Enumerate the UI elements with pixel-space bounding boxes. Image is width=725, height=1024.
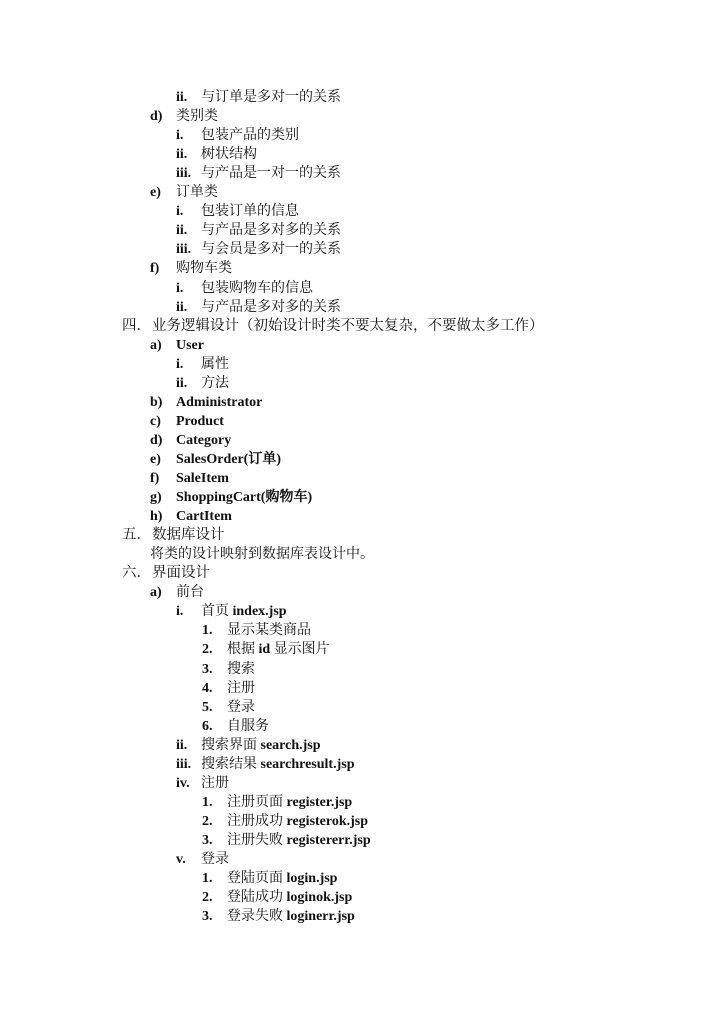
list-text: SalesOrder(订单)	[176, 450, 281, 469]
list-text: 属性	[201, 355, 229, 374]
item-text: 购物车类	[176, 261, 232, 276]
item-text: Administrator	[176, 395, 262, 410]
list-text: 树状结构	[201, 145, 257, 164]
item-text: 界面设计	[152, 565, 210, 581]
list-text: ShoppingCart(购物车)	[176, 488, 312, 507]
list-marker: 4.	[202, 679, 213, 698]
item-text: ShoppingCart(购物车)	[176, 490, 312, 505]
list-text: 登录	[201, 850, 229, 869]
list-text: 搜索	[227, 660, 255, 679]
list-marker: 3.	[202, 660, 213, 679]
item-text: 属性	[201, 357, 229, 372]
list-text: 数据库设计	[152, 526, 225, 545]
list-marker: i.	[176, 279, 183, 298]
list-marker: 1.	[202, 793, 213, 812]
list-text: 登录失败 loginerr.jsp	[227, 907, 355, 926]
item-text-after: 显示图片	[270, 642, 330, 657]
file-name: registerok.jsp	[287, 814, 369, 829]
list-text: Product	[176, 412, 224, 431]
list-marker: 6.	[202, 717, 213, 736]
list-marker: i.	[176, 602, 183, 621]
list-text: Category	[176, 431, 231, 450]
list-text: 注册成功 registerok.jsp	[227, 812, 368, 831]
list-marker: 六．	[122, 564, 151, 583]
list-marker: g)	[150, 488, 162, 507]
list-marker: ii.	[176, 298, 187, 317]
item-text: 登录	[201, 852, 229, 867]
list-text: 登录	[227, 698, 255, 717]
item-text: SalesOrder(订单)	[176, 452, 281, 467]
list-marker: iv.	[176, 774, 190, 793]
list-text: 注册页面 register.jsp	[227, 793, 352, 812]
list-marker: v.	[176, 850, 186, 869]
list-marker: d)	[150, 107, 162, 126]
file-name: index.jsp	[233, 604, 287, 619]
item-text: 注册	[201, 776, 229, 791]
list-text: 搜索界面 search.jsp	[201, 736, 321, 755]
item-text: Category	[176, 433, 231, 448]
list-marker: h)	[150, 507, 162, 526]
item-text: 登录	[227, 700, 255, 715]
list-text: 包装产品的类别	[201, 126, 299, 145]
list-marker: ii.	[176, 88, 187, 107]
list-marker: d)	[150, 431, 162, 450]
list-text: 前台	[176, 583, 204, 602]
file-name: search.jsp	[261, 738, 321, 753]
list-text: 界面设计	[152, 564, 210, 583]
list-marker: 5.	[202, 698, 213, 717]
list-marker: i.	[176, 126, 183, 145]
list-marker: e)	[150, 183, 161, 202]
item-text: 自服务	[227, 719, 269, 734]
item-text: 注册失败	[227, 833, 287, 848]
item-text: 包装产品的类别	[201, 128, 299, 143]
item-text: 包装订单的信息	[201, 204, 299, 219]
list-marker: i.	[176, 355, 183, 374]
list-text: 与产品是一对一的关系	[201, 164, 341, 183]
list-text: 根据 id 显示图片	[227, 640, 330, 659]
list-marker: iii.	[176, 240, 191, 259]
list-marker: 2.	[202, 888, 213, 907]
list-marker: a)	[150, 583, 162, 602]
item-text: 搜索结果	[201, 757, 261, 772]
item-text: 注册	[227, 681, 255, 696]
item-text: 与产品是多对多的关系	[201, 300, 341, 315]
list-text: 购物车类	[176, 259, 232, 278]
list-marker: 3.	[202, 831, 213, 850]
item-text: 根据	[227, 642, 259, 657]
list-marker: ii.	[176, 374, 187, 393]
list-text: CartItem	[176, 507, 232, 526]
item-text: SaleItem	[176, 471, 229, 486]
list-text: Administrator	[176, 393, 262, 412]
item-text: 方法	[201, 376, 229, 391]
item-text: Product	[176, 414, 224, 429]
item-text: 与产品是一对一的关系	[201, 166, 341, 181]
item-text: User	[176, 338, 204, 353]
list-text: 与订单是多对一的关系	[201, 88, 341, 107]
list-text: 注册	[227, 679, 255, 698]
list-text: 自服务	[227, 717, 269, 736]
list-marker: iii.	[176, 755, 191, 774]
list-marker: e)	[150, 450, 161, 469]
item-text: 登陆成功	[227, 890, 287, 905]
item-text: 数据库设计	[152, 527, 225, 543]
list-marker: f)	[150, 469, 159, 488]
list-text: 搜索结果 searchresult.jsp	[201, 755, 354, 774]
list-marker: iii.	[176, 164, 191, 183]
list-marker: 1.	[202, 869, 213, 888]
item-text: 前台	[176, 585, 204, 600]
item-text: 注册页面	[227, 795, 287, 810]
list-marker: f)	[150, 259, 159, 278]
list-text: 包装购物车的信息	[201, 279, 313, 298]
list-text: 订单类	[176, 183, 218, 202]
item-text: 搜索	[227, 662, 255, 677]
list-marker: ii.	[176, 145, 187, 164]
list-text: SaleItem	[176, 469, 229, 488]
item-text: 首页	[201, 604, 233, 619]
file-name: login.jsp	[287, 871, 338, 886]
list-text: User	[176, 336, 204, 355]
list-text: 登陆成功 loginok.jsp	[227, 888, 352, 907]
list-marker: 1.	[202, 621, 213, 640]
file-name: id	[259, 642, 271, 657]
list-marker: b)	[150, 393, 162, 412]
item-text: CartItem	[176, 509, 232, 524]
list-text: 与产品是多对多的关系	[201, 221, 341, 240]
item-text: 包装购物车的信息	[201, 281, 313, 296]
list-marker: 五．	[122, 526, 151, 545]
file-name: loginerr.jsp	[287, 909, 355, 924]
file-name: register.jsp	[287, 795, 353, 810]
item-text: 与会员是多对一的关系	[201, 242, 341, 257]
item-text: 业务逻辑设计（初始设计时类不要太复杂，不要做太多工作）	[152, 318, 544, 334]
item-text: 与产品是多对多的关系	[201, 223, 341, 238]
item-text: 注册成功	[227, 814, 287, 829]
file-name: loginok.jsp	[287, 890, 353, 905]
item-text: 搜索界面	[201, 738, 261, 753]
list-marker: c)	[150, 412, 161, 431]
list-text: 注册失败 registererr.jsp	[227, 831, 371, 850]
list-marker: 2.	[202, 812, 213, 831]
list-marker: ii.	[176, 221, 187, 240]
item-text: 显示某类商品	[227, 623, 311, 638]
list-text: 方法	[201, 374, 229, 393]
list-text: 与会员是多对一的关系	[201, 240, 341, 259]
list-marker: i.	[176, 202, 183, 221]
item-text: 登陆页面	[227, 871, 287, 886]
list-text: 类别类	[176, 107, 218, 126]
list-text: 与产品是多对多的关系	[201, 298, 341, 317]
file-name: searchresult.jsp	[261, 757, 355, 772]
list-text: 登陆页面 login.jsp	[227, 869, 337, 888]
list-marker: ii.	[176, 736, 187, 755]
item-text: 与订单是多对一的关系	[201, 90, 341, 105]
list-marker: 3.	[202, 907, 213, 926]
list-text: 包装订单的信息	[201, 202, 299, 221]
list-text: 业务逻辑设计（初始设计时类不要太复杂，不要做太多工作）	[152, 317, 544, 336]
item-text: 类别类	[176, 109, 218, 124]
item-text: 将类的设计映射到数据库表设计中。	[150, 547, 374, 562]
item-text: 登录失败	[227, 909, 287, 924]
list-text: 将类的设计映射到数据库表设计中。	[150, 545, 374, 564]
list-text: 注册	[201, 774, 229, 793]
list-marker: a)	[150, 336, 162, 355]
list-text: 显示某类商品	[227, 621, 311, 640]
list-marker: 2.	[202, 640, 213, 659]
list-text: 首页 index.jsp	[201, 602, 287, 621]
item-text: 订单类	[176, 185, 218, 200]
item-text: 树状结构	[201, 147, 257, 162]
list-marker: 四．	[122, 317, 151, 336]
document-page: ii.与订单是多对一的关系d)类别类i.包装产品的类别ii.树状结构iii.与产…	[0, 0, 725, 1024]
file-name: registererr.jsp	[287, 833, 371, 848]
